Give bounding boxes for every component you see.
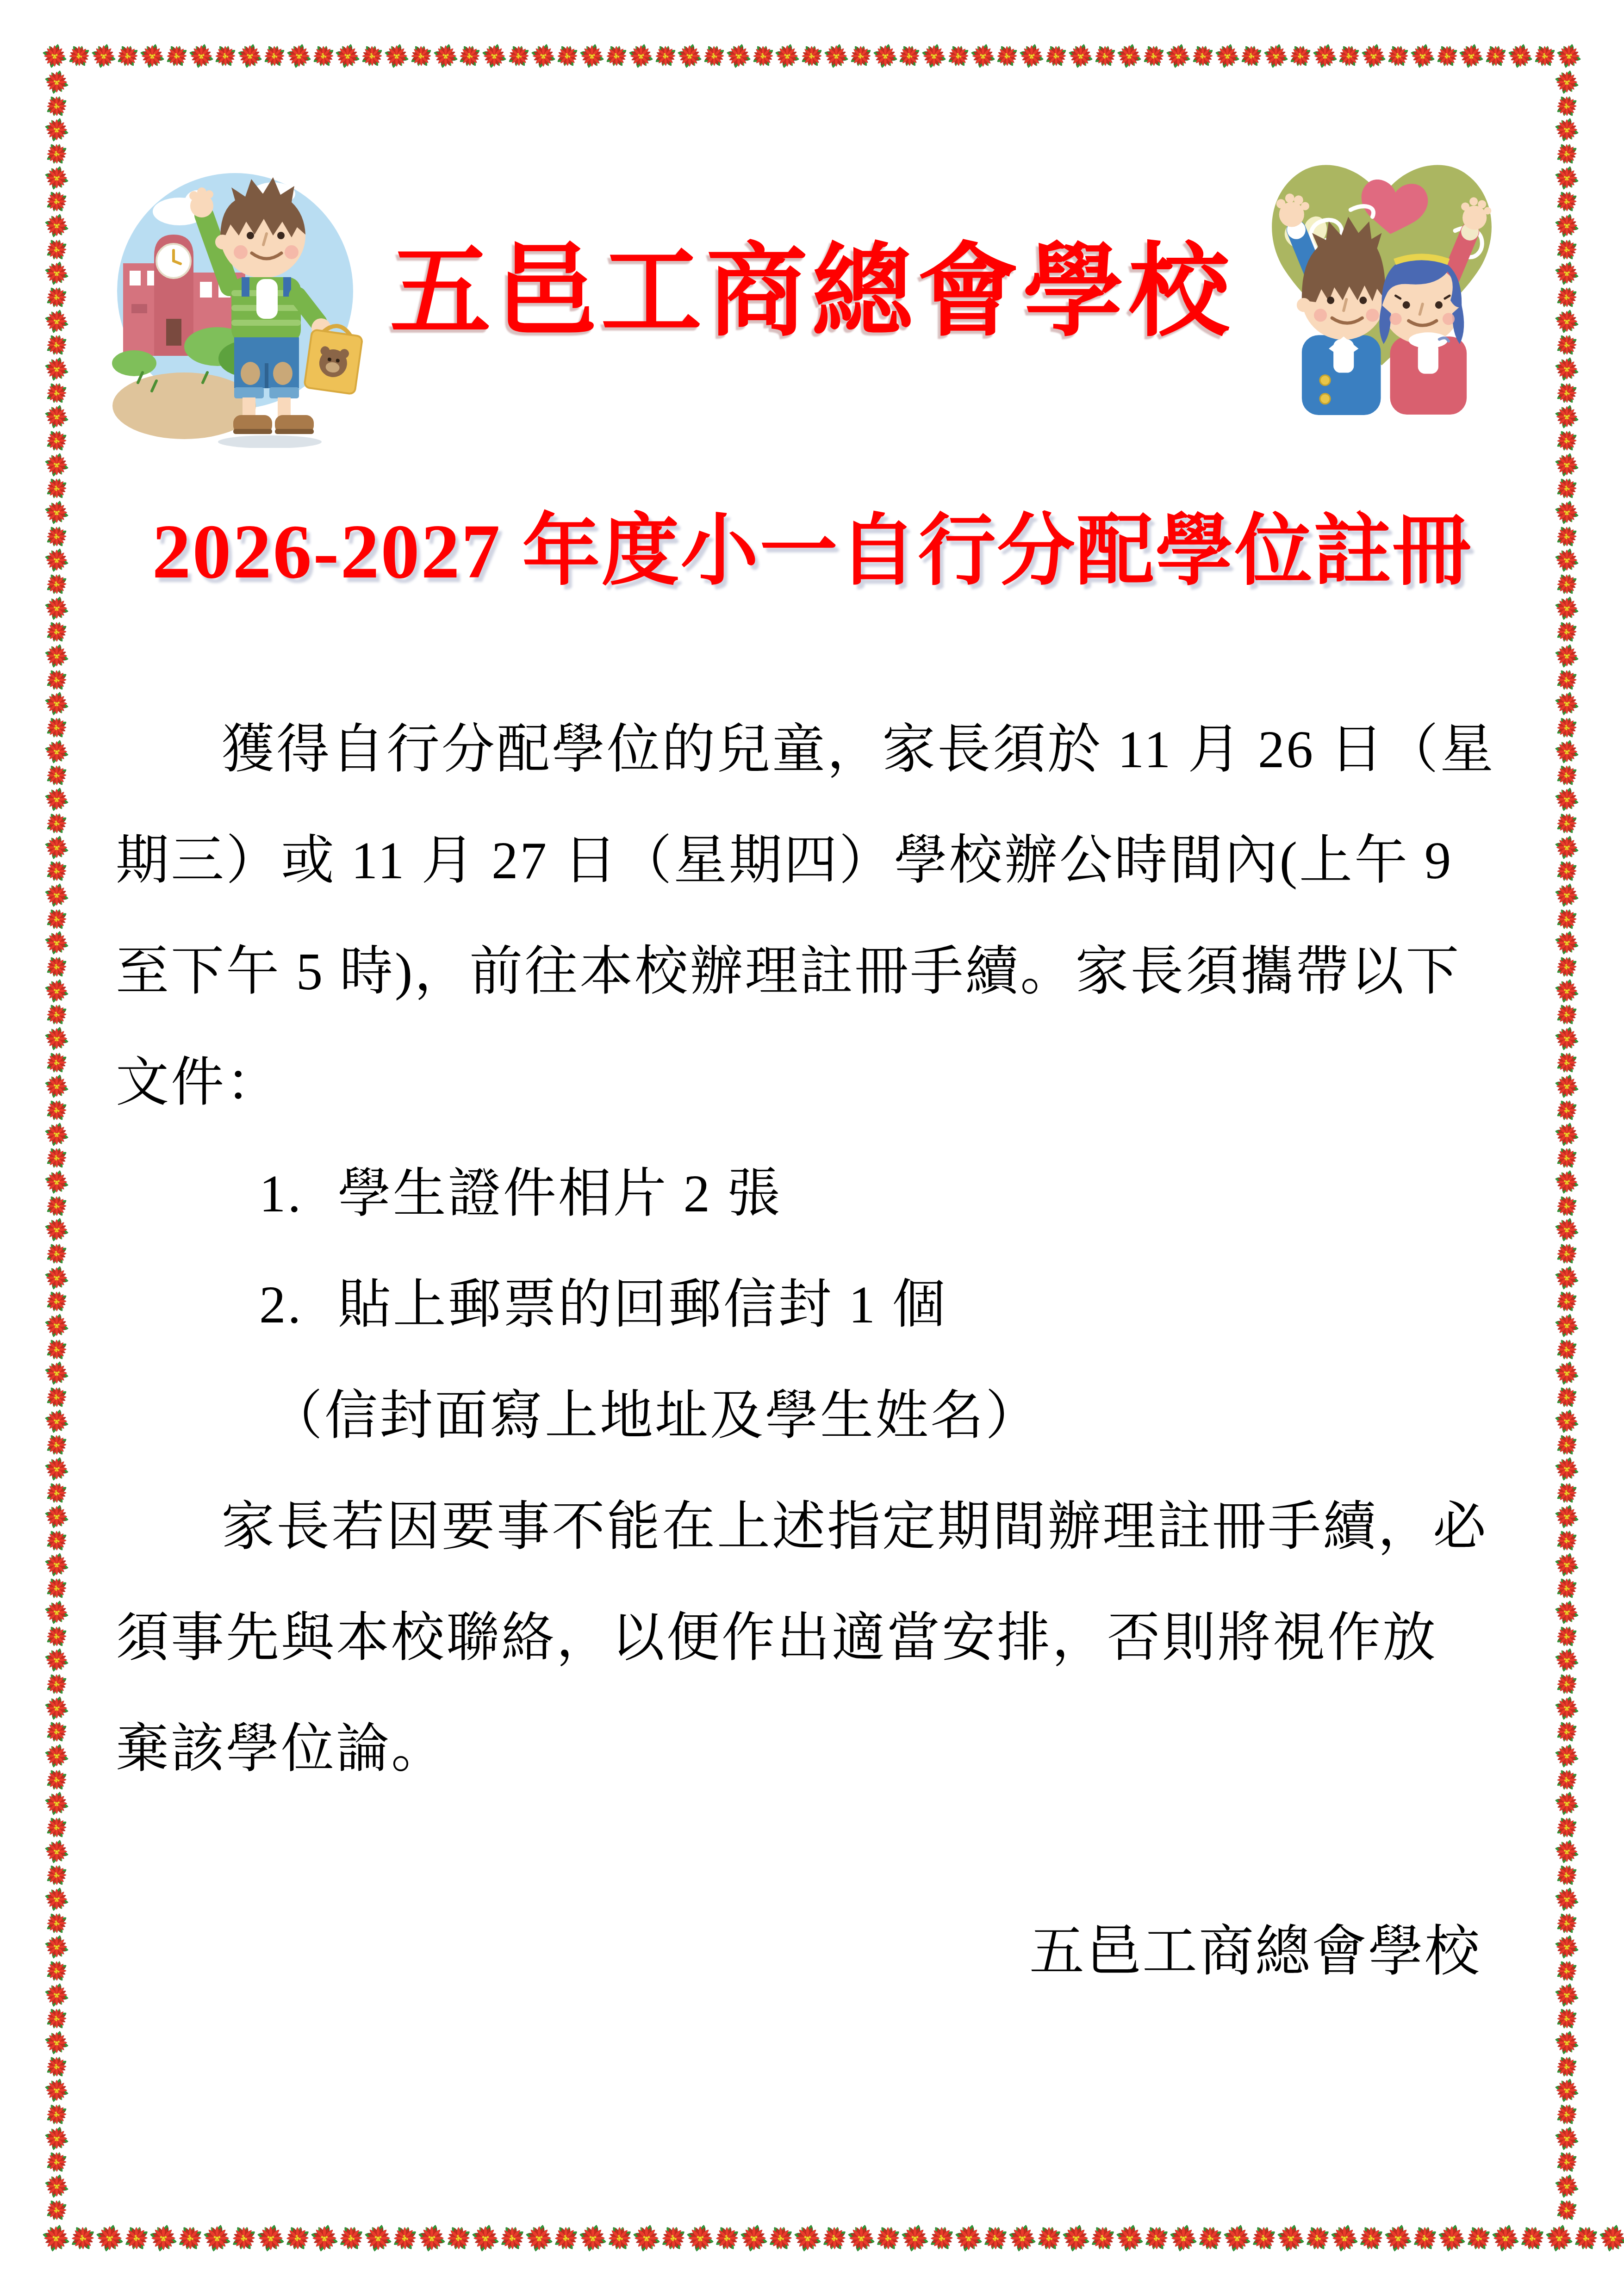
poinsettia-flower-icon [1551,616,1582,647]
poinsettia-flower-icon [119,2221,154,2256]
poinsettia-flower-icon [1382,40,1414,72]
poinsettia-flower-icon [548,2221,584,2256]
poinsettia-flower-icon [41,1477,72,1508]
poinsettia-flower-icon [63,40,95,72]
poinsettia-flower-icon [747,40,778,72]
poinsettia-flower-icon [41,2003,72,2034]
poinsettia-flower-icon [894,40,925,72]
list-item-1-number: 1. [259,1138,303,1249]
poinsettia-flower-icon [41,91,72,122]
poinsettia-flower-icon [924,2221,959,2256]
poinsettia-flower-icon [41,616,72,647]
poinsettia-flower-icon [41,2099,72,2130]
poinsettia-flower-icon [1551,1860,1582,1891]
poinsettia-flower-icon [405,40,437,72]
poinsettia-flower-icon [1551,2003,1582,2034]
paragraph2-line2: 須事先與本校聯絡，以便作出適當安排，否則將視作放 [116,1582,1481,1694]
poinsettia-flower-icon [41,138,72,169]
poinsettia-flower-icon [41,664,72,695]
poinsettia-flower-icon [41,808,72,839]
poinsettia-flower-icon [1333,40,1365,72]
poinsettia-flower-icon [1551,712,1582,743]
poinsettia-flower-icon [871,2221,906,2256]
poinsettia-flower-icon [1551,1382,1582,1413]
list-item-2: 2. 貼上郵票的回郵信封 1 個 [116,1249,1481,1360]
border-right [1554,70,1580,2222]
poinsettia-flower-icon [1551,1095,1582,1126]
poinsettia-flower-icon [41,1860,72,1891]
poinsettia-flower-icon [503,40,535,72]
poinsettia-flower-icon [602,2221,637,2256]
paragraph1-line1: 獲得自行分配學位的兒童，家長須於 11 月 26 日（星 [116,694,1481,805]
poinsettia-flower-icon [41,1047,72,1078]
poinsettia-flower-icon [1551,856,1582,887]
poinsettia-flower-icon [41,1142,72,1173]
poinsettia-flower-icon [161,40,193,72]
poinsettia-flower-icon [280,2221,315,2256]
list-item-2-text: 貼上郵票的回郵信封 1 個 [338,1275,947,1334]
poinsettia-flower-icon [1551,1142,1582,1173]
poinsettia-flower-icon [552,40,583,72]
poinsettia-flower-icon [226,2221,261,2256]
poinsettia-flower-icon [1139,2221,1174,2256]
poinsettia-flower-icon [1480,40,1512,72]
poinsettia-flower-icon [1551,2099,1582,2130]
poinsettia-flower-icon [41,378,72,409]
poinsettia-flower-icon [41,1429,72,1460]
paragraph1-line3: 至下午 5 時)，前往本校辦理註冊手續。家長須攜帶以下 [116,916,1481,1027]
poinsettia-flower-icon [1551,378,1582,409]
poinsettia-flower-icon [259,40,290,72]
poinsettia-flower-icon [1551,1191,1582,1222]
poinsettia-flower-icon [943,40,974,72]
border-top [43,43,1581,69]
poinsettia-flower-icon [817,2221,852,2256]
poinsettia-flower-icon [698,40,730,72]
paragraph2-line3: 棄該學位論。 [116,1694,1481,1805]
poinsettia-flower-icon [41,1286,72,1317]
poinsettia-flower-icon [1551,1047,1582,1078]
school-name-title: 五邑工商總會學校 [0,217,1624,369]
paragraph2-line1: 家長若因要事不能在上述指定期間辦理註冊手續，必 [116,1471,1481,1582]
poinsettia-flower-icon [1551,1238,1582,1269]
poinsettia-flower-icon [334,2221,369,2256]
poinsettia-flower-icon [41,712,72,743]
poinsettia-flower-icon [41,2195,72,2226]
poinsettia-flower-icon [41,1955,72,1986]
poinsettia-flower-icon [1551,1477,1582,1508]
poinsettia-flower-icon [1551,91,1582,122]
poinsettia-flower-icon [112,40,143,72]
border-bottom [43,2224,1581,2253]
poinsettia-flower-icon [41,999,72,1030]
poinsettia-flower-icon [41,1382,72,1413]
poinsettia-flower-icon [1568,2221,1604,2256]
poinsettia-flower-icon [1551,808,1582,839]
poinsettia-flower-icon [1551,1621,1582,1652]
list-item-1: 1. 學生證件相片 2 張 [116,1138,1481,1249]
list-item-1-text: 學生證件相片 2 張 [338,1164,782,1223]
poinsettia-flower-icon [1431,40,1462,72]
poinsettia-flower-icon [1551,1286,1582,1317]
signature-school-name: 五邑工商總會學校 [116,1896,1481,2007]
poinsettia-flower-icon [1551,186,1582,217]
poinsettia-flower-icon [1085,2221,1120,2256]
poinsettia-flower-icon [1551,951,1582,982]
poinsettia-flower-icon [1551,1955,1582,1986]
poinsettia-flower-icon [1032,2221,1067,2256]
poinsettia-flower-icon [41,1621,72,1652]
poinsettia-flower-icon [173,2221,208,2256]
poinsettia-flower-icon [41,1908,72,1939]
paragraph1-line2: 期三）或 11 月 27 日（星期四）學校辦公時間內(上午 9 [116,805,1481,916]
poinsettia-flower-icon [1285,40,1316,72]
poinsettia-flower-icon [1551,1334,1582,1365]
poinsettia-flower-icon [1187,40,1219,72]
poinsettia-flower-icon [356,40,388,72]
notice-title: 2026-2027 年度小一自行分配學位註冊 [0,491,1624,612]
poinsettia-flower-icon [41,1095,72,1126]
list-item-2-number: 2. [259,1249,303,1360]
list-item-2-note: （信封面寫上地址及學生姓名） [116,1360,1481,1471]
poinsettia-flower-icon [978,2221,1013,2256]
poinsettia-flower-icon [763,2221,798,2256]
poinsettia-flower-icon [1551,1573,1582,1604]
poinsettia-flower-icon [991,40,1023,72]
poinsettia-flower-icon [1040,40,1072,72]
poinsettia-flower-icon [601,40,632,72]
poinsettia-flower-icon [1246,2221,1282,2256]
poinsettia-flower-icon [1551,664,1582,695]
poinsettia-flower-icon [1551,1716,1582,1747]
poinsettia-flower-icon [1138,40,1170,72]
poinsettia-flower-icon [41,1525,72,1556]
poinsettia-flower-icon [41,856,72,887]
poinsettia-flower-icon [1236,40,1267,72]
poinsettia-flower-icon [1407,2221,1443,2256]
poinsettia-flower-icon [41,1573,72,1604]
poinsettia-flower-icon [1551,1812,1582,1843]
poinsettia-flower-icon [649,40,681,72]
notice-body: 獲得自行分配學位的兒童，家長須於 11 月 26 日（星 期三）或 11 月 2… [116,694,1481,1805]
poinsettia-flower-icon [495,2221,530,2256]
poinsettia-flower-icon [441,2221,476,2256]
poinsettia-flower-icon [1551,1429,1582,1460]
poinsettia-flower-icon [41,1191,72,1222]
poinsettia-flower-icon [41,1716,72,1747]
poinsettia-flower-icon [1089,40,1120,72]
poinsettia-flower-icon [41,1812,72,1843]
poinsettia-flower-icon [1551,2195,1582,2226]
poinsettia-flower-icon [41,2051,72,2082]
paragraph1-line4: 文件： [116,1027,1481,1138]
poinsettia-flower-icon [1551,999,1582,1030]
poinsettia-flower-icon [41,2147,72,2178]
poinsettia-flower-icon [1551,760,1582,791]
poinsettia-flower-icon [1354,2221,1389,2256]
poinsettia-flower-icon [1461,2221,1496,2256]
poinsettia-flower-icon [1551,1525,1582,1556]
poinsettia-flower-icon [41,186,72,217]
poinsettia-flower-icon [41,1334,72,1365]
poinsettia-flower-icon [1551,1764,1582,1795]
poinsettia-flower-icon [65,2221,100,2256]
poinsettia-flower-icon [41,951,72,982]
poinsettia-flower-icon [1551,1669,1582,1700]
poinsettia-flower-icon [845,40,877,72]
poinsettia-flower-icon [41,903,72,934]
poinsettia-flower-icon [41,1764,72,1795]
poinsettia-flower-icon [1557,44,1581,68]
poinsettia-flower-icon [1193,2221,1228,2256]
poinsettia-flower-icon [1300,2221,1335,2256]
border-left [44,70,69,2222]
poinsettia-flower-icon [454,40,485,72]
poinsettia-flower-icon [656,2221,691,2256]
poinsettia-flower-icon [1551,2147,1582,2178]
poinsettia-flower-icon [41,425,72,456]
poinsettia-flower-icon [387,2221,423,2256]
poinsettia-flower-icon [1551,903,1582,934]
poinsettia-flower-icon [709,2221,745,2256]
poinsettia-flower-icon [41,1238,72,1269]
poinsettia-flower-icon [1529,40,1560,72]
poinsettia-flower-icon [1551,1908,1582,1939]
poinsettia-flower-icon [1551,138,1582,169]
poinsettia-flower-icon [796,40,828,72]
poinsettia-flower-icon [210,40,241,72]
notice-page: 五邑工商總會學校 2026-2027 年度小一自行分配學位註冊 獲得自行分配學位… [0,0,1624,2296]
poinsettia-flower-icon [41,760,72,791]
poinsettia-flower-icon [307,40,339,72]
poinsettia-flower-icon [1551,2051,1582,2082]
poinsettia-flower-icon [1515,2221,1550,2256]
poinsettia-flower-icon [41,1669,72,1700]
poinsettia-flower-icon [1551,425,1582,456]
